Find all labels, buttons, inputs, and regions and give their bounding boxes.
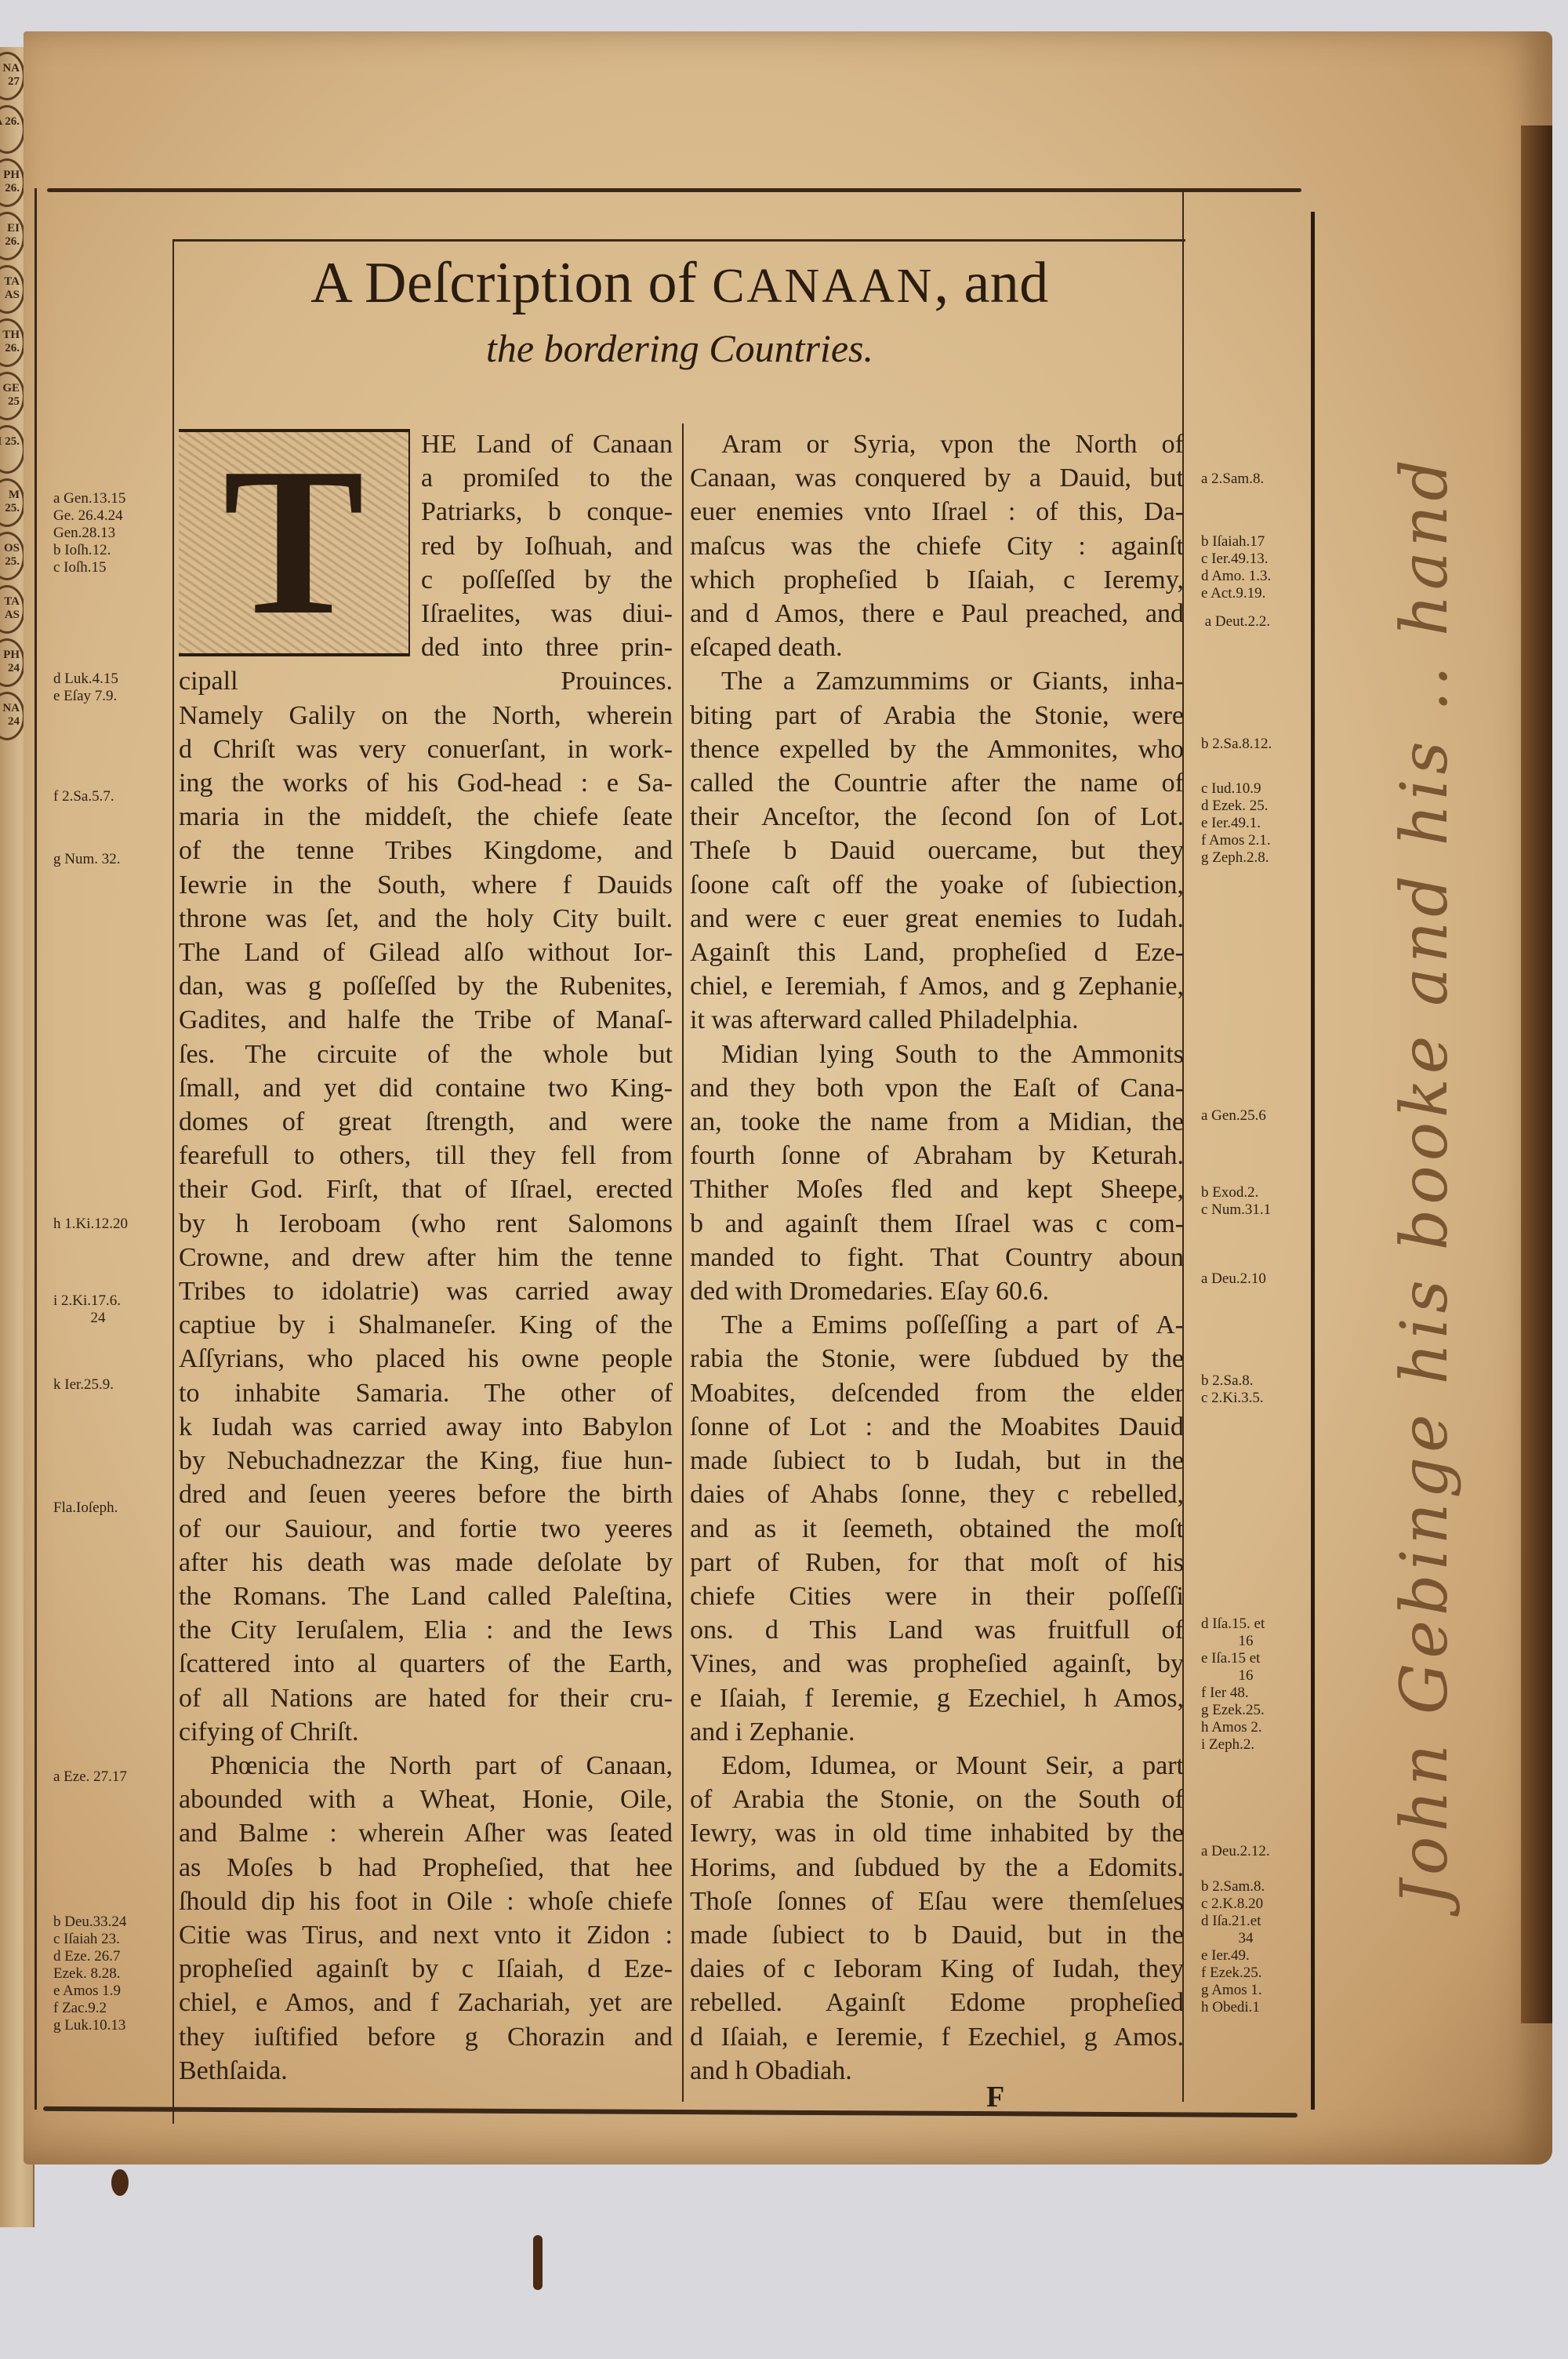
text-line: and Balme : wherein Aſher was ſeated [179,1816,673,1850]
text-line: to inhabite Samaria. The other of [179,1376,673,1410]
genealogy-roundel: GE 25 [0,372,25,420]
frame-rule-top [47,188,1301,192]
text-line: Aram or Syria, vpon the North of [690,427,1184,461]
text-line: chiel, e Ieremiah, f Amos, and g Zephani… [690,969,1184,1003]
text-line: throne was ſet, and the holy City built. [179,902,673,936]
book-spine [1521,125,1552,2023]
text-line: Againſt this Land, propheſied d Eze- [690,936,1184,969]
text-line: chiefe Cities were in their poſſeſſi [690,1579,1184,1613]
text-line: and they both vpon the Eaſt of Cana- [690,1071,1184,1105]
text-line: and h Obadiah. [690,2054,1184,2088]
margin-note: a Gen.25.6 [1201,1107,1311,1125]
text-line: abounded with a Wheat, Honie, Oile, [179,1783,673,1816]
margin-note: a Deu.2.12. [1201,1843,1311,1860]
text-line: ſmall, and yet did containe two King- [179,1071,673,1105]
text-line: fourth ſonne of Abraham by Keturah. [690,1139,1184,1172]
margin-note: b Exod.2. c Num.31.1 [1201,1184,1311,1219]
text-line: ons. d This Land was fruitfull of [690,1613,1184,1647]
left-column: T HE Land of Canaana promiſed to thePatr… [179,427,673,2088]
text-line: Iewrie in the South, where f Dauids [179,868,673,902]
margin-note: d Luk.4.15 e Eſay 7.9. [53,671,171,705]
text-line: the Romans. The Land called Paleſtina, [179,1579,673,1613]
margin-note: k Ier.25.9. [53,1376,171,1394]
margin-note: h 1.Ki.12.20 [53,1216,171,1233]
text-line: manded to fight. That Country aboun [690,1241,1184,1274]
text-line: Crowne, and drew after him the tenne [179,1241,673,1274]
genealogy-roundel: PH 26. [0,158,25,207]
text-line: ſcattered into al quarters of the Earth, [179,1647,673,1681]
genealogy-roundel: NA 24 [0,692,25,740]
text-line: Thoſe ſonnes of Eſau were themſelues [690,1885,1184,1918]
text-line: which propheſied b Iſaiah, c Ieremy, [690,563,1184,597]
signature-mark: F [986,2080,1004,2114]
title-caps: CANAAN [712,260,934,313]
text-line: maria in the middeſt, the chiefe ſeate [179,800,673,834]
margin-note: i 2.Ki.17.6. 24 [53,1292,171,1327]
text-line: Gadites, and halfe the Tribe of Manaſ- [179,1003,673,1037]
paragraph: The a Emims poſſeſſing a part of A-rabia… [690,1308,1184,1749]
text-line: and i Zephanie. [690,1715,1184,1749]
genealogy-roundel: TH 26. [0,318,25,367]
margin-note: b Deu.33.24 c Iſaiah 23. d Eze. 26.7 Eze… [53,1914,171,2034]
text-line: maſcus was the chiefe City : againſt [690,529,1184,563]
margin-note: b 2.Sa.8.12. [1201,736,1311,753]
genealogy-roundel: M 25. [0,478,25,527]
margin-note: f 2.Sa.5.7. [53,788,171,805]
text-line: Iewry, was in old time inhabited by the [690,1816,1184,1850]
genealogy-roundel: OS 25. [0,532,25,580]
text-line: of all Nations are hated for their cru- [179,1681,673,1715]
text-line: chiel, e Amos, and f Zachariah, yet are [179,1986,673,2019]
text-line: and were c euer great enemies to Iudah. [690,902,1184,936]
text-line: daies of Ahabs ſonne, they c rebelled, [690,1478,1184,1511]
text-line: by Nebuchadnezzar the King, fiue hun- [179,1444,673,1478]
margin-note: b 2.Sam.8. c 2.K.8.20 d Iſa.21.et 34 e I… [1201,1878,1311,2016]
ink-stain [533,2235,543,2290]
column-divider [682,423,684,2102]
margin-note: a 2.Sam.8. [1201,471,1311,488]
title-prefix: A Deſcription of [310,251,712,315]
paragraph: The a Zamzummims or Giants, inha-biting … [690,664,1184,1037]
text-line: an, tooke the name from a Midian, the [690,1105,1184,1139]
page-subtitle: the bordering Countries. [174,323,1185,373]
text-line: by h Ieroboam (who rent Salomons [179,1207,673,1241]
text-line: Edom, Idumea, or Mount Seir, a part [690,1749,1184,1783]
text-line: fearefull to others, till they fell from [179,1139,673,1172]
margin-note: d Iſa.15. et 16 e Iſa.15 et 16 f Ier 48.… [1201,1616,1311,1754]
text-line: it was afterward called Philadelphia. [690,1003,1184,1037]
text-line: their Anceſtor, the ſecond ſon of Lot. [690,800,1184,834]
text-line: ſonne of Lot : and the Moabites Dauid [690,1410,1184,1444]
text-line: d Iſaiah, e Ieremie, f Ezechiel, g Amos. [690,2020,1184,2054]
ink-stain [111,2169,129,2196]
text-line: cifying of Chriſt. [179,1715,673,1749]
text-line: ſhould dip his foot in Oile : whoſe chie… [179,1885,673,1918]
right-column-body: Aram or Syria, vpon the North ofCanaan, … [690,427,1184,2088]
paragraph: Edom, Idumea, or Mount Seir, a partof Ar… [690,1749,1184,2088]
text-line: ing the works of his God-head : e Sa- [179,766,673,800]
text-line: of the tenne Tribes Kingdome, and [179,834,673,867]
right-column: Aram or Syria, vpon the North ofCanaan, … [690,427,1184,2088]
text-line: k Iudah was carried away into Babylon [179,1410,673,1444]
margin-note: a Eze. 27.17 [53,1768,171,1786]
text-line: d Chriſt was very conuerſant, in work- [179,732,673,766]
genealogy-roundel: PH 24 [0,638,25,687]
text-line: The Land of Gilead alſo without Ior- [179,936,673,969]
text-line: thence expelled by the Ammonites, who [690,732,1184,766]
text-line: the City Ieruſalem, Elia : and the Iews [179,1613,673,1647]
genealogy-roundel: TA AS [0,265,25,314]
text-line: eſcaped death. [690,631,1184,664]
text-line: domes of great ſtrength, and were [179,1105,673,1139]
margin-note: b 2.Sa.8. c 2.Ki.3.5. [1201,1372,1311,1407]
text-line: Canaan, was conquered by a Dauid, but [690,461,1184,495]
text-line: ſes. The circuite of the whole but [179,1038,673,1071]
paragraph: Midian lying South to the Ammonitsand th… [690,1038,1184,1309]
margin-note: a Deut.2.2. [1201,613,1311,631]
text-line: b and againſt them Iſrael was c com- [690,1207,1184,1241]
text-line: The a Zamzummims or Giants, inha- [690,664,1184,698]
text-line: Namely Galily on the North, wherein [179,699,673,732]
text-line: ded with Dromedaries. Eſay 60.6. [690,1274,1184,1308]
text-line: Vines, and was propheſied againſt, by [690,1647,1184,1681]
frame-rule-left [34,188,37,2110]
phoenicia-paragraph: Phœnicia the North part of Canaan,abound… [179,1749,673,2088]
text-line: as Moſes b had Propheſied, that hee [179,1851,673,1885]
genealogy-roundel: EI 26. [0,212,25,260]
text-line: Moabites, deſcended from the elder [690,1376,1184,1410]
frame-rule-right-outer [1311,212,1315,2110]
paragraph: Aram or Syria, vpon the North ofCanaan, … [690,427,1184,664]
text-line: part of Ruben, for that moſt of his [690,1546,1184,1579]
text-line: made ſubiect to b Iudah, but in the [690,1444,1184,1478]
text-line: after his death was made deſolate by [179,1546,673,1579]
text-line: rabia the Stonie, were ſubdued by the [690,1342,1184,1376]
text-line: rebelled. Againſt Edome propheſied [690,1986,1184,2019]
text-line: and as it ſeemeth, obtained the moſt [690,1512,1184,1546]
text-line: euer enemies vnto Iſrael : of this, Da- [690,495,1184,529]
text-line: of Arabia the Stonie, on the South of [690,1783,1184,1816]
text-line: Phœnicia the North part of Canaan, [179,1749,673,1783]
woodcut-initial: T [179,429,410,656]
text-line: propheſied againſt by c Iſaiah, d Eze- [179,1952,673,1986]
text-line: they iuſtified before g Chorazin and [179,2020,673,2054]
text-line: dred and ſeuen yeeres before the birth [179,1478,673,1511]
text-line: Midian lying South to the Ammonits [690,1038,1184,1071]
text-line: Aſſyrians, who placed his owne people [179,1342,673,1376]
text-line: Tribes to idolatrie) was carried away [179,1274,673,1308]
dropcap-letter: T [179,440,408,644]
text-line: and d Amos, there e Paul preached, and [690,597,1184,631]
text-line: ſoone caſt off the yoake of ſubiection, [690,868,1184,902]
text-line: made ſubiect to b Dauid, but in the [690,1918,1184,1952]
text-line: biting part of Arabia the Stonie, were [690,699,1184,732]
margin-note: b Iſaiah.17 c Ier.49.13. d Amo. 1.3. e A… [1201,533,1311,602]
text-line: Bethſaida. [179,2054,673,2088]
page-title: A Deſcription of CANAAN, and [174,249,1185,320]
text-line: their God. Firſt, that of Iſrael, erecte… [179,1172,673,1206]
genealogy-roundel: NA 27 [0,52,25,100]
margin-note: c Iud.10.9 d Ezek. 25. e Ier.49.1. f Amo… [1201,780,1311,867]
handwritten-annotation: John Gebinge his booke and his .. hand [1388,220,1462,1906]
text-line: dan, was g poſſeſſed by the Rubenites, [179,969,673,1003]
text-line: Horims, and ſubdued by the a Edomits. [690,1851,1184,1885]
text-line: of our Sauiour, and fortie two yeeres [179,1512,673,1546]
text-line: cipall Prouinces. [179,664,673,698]
margin-note: a Gen.13.15 Ge. 26.4.24 Gen.28.13 b Ioſh… [53,490,171,576]
margin-note: a Deu.2.10 [1201,1270,1311,1288]
margin-note: g Num. 32. [53,851,171,868]
margin-note: Fla.Ioſeph. [53,1499,171,1517]
genealogy-roundel: I 25. [0,425,25,474]
title-suffix: , and [934,251,1048,315]
text-line: daies of c Ieboram King of Iudah, they [690,1952,1184,1986]
text-line: Theſe b Dauid ouercame, but they [690,834,1184,867]
text-line: The a Emims poſſeſſing a part of A- [690,1308,1184,1342]
text-line: Thither Moſes fled and kept Sheepe, [690,1172,1184,1206]
genealogy-roundel: A 26. [0,105,25,154]
text-line: called the Countrie after the name of [690,766,1184,800]
text-line: e Iſaiah, f Ieremie, g Ezechiel, h Amos, [690,1681,1184,1715]
text-line: Citie was Tirus, and next vnto it Zidon … [179,1918,673,1952]
genealogy-roundel: TA AS [0,585,25,634]
text-line: captiue by i Shalmaneſer. King of the [179,1308,673,1342]
